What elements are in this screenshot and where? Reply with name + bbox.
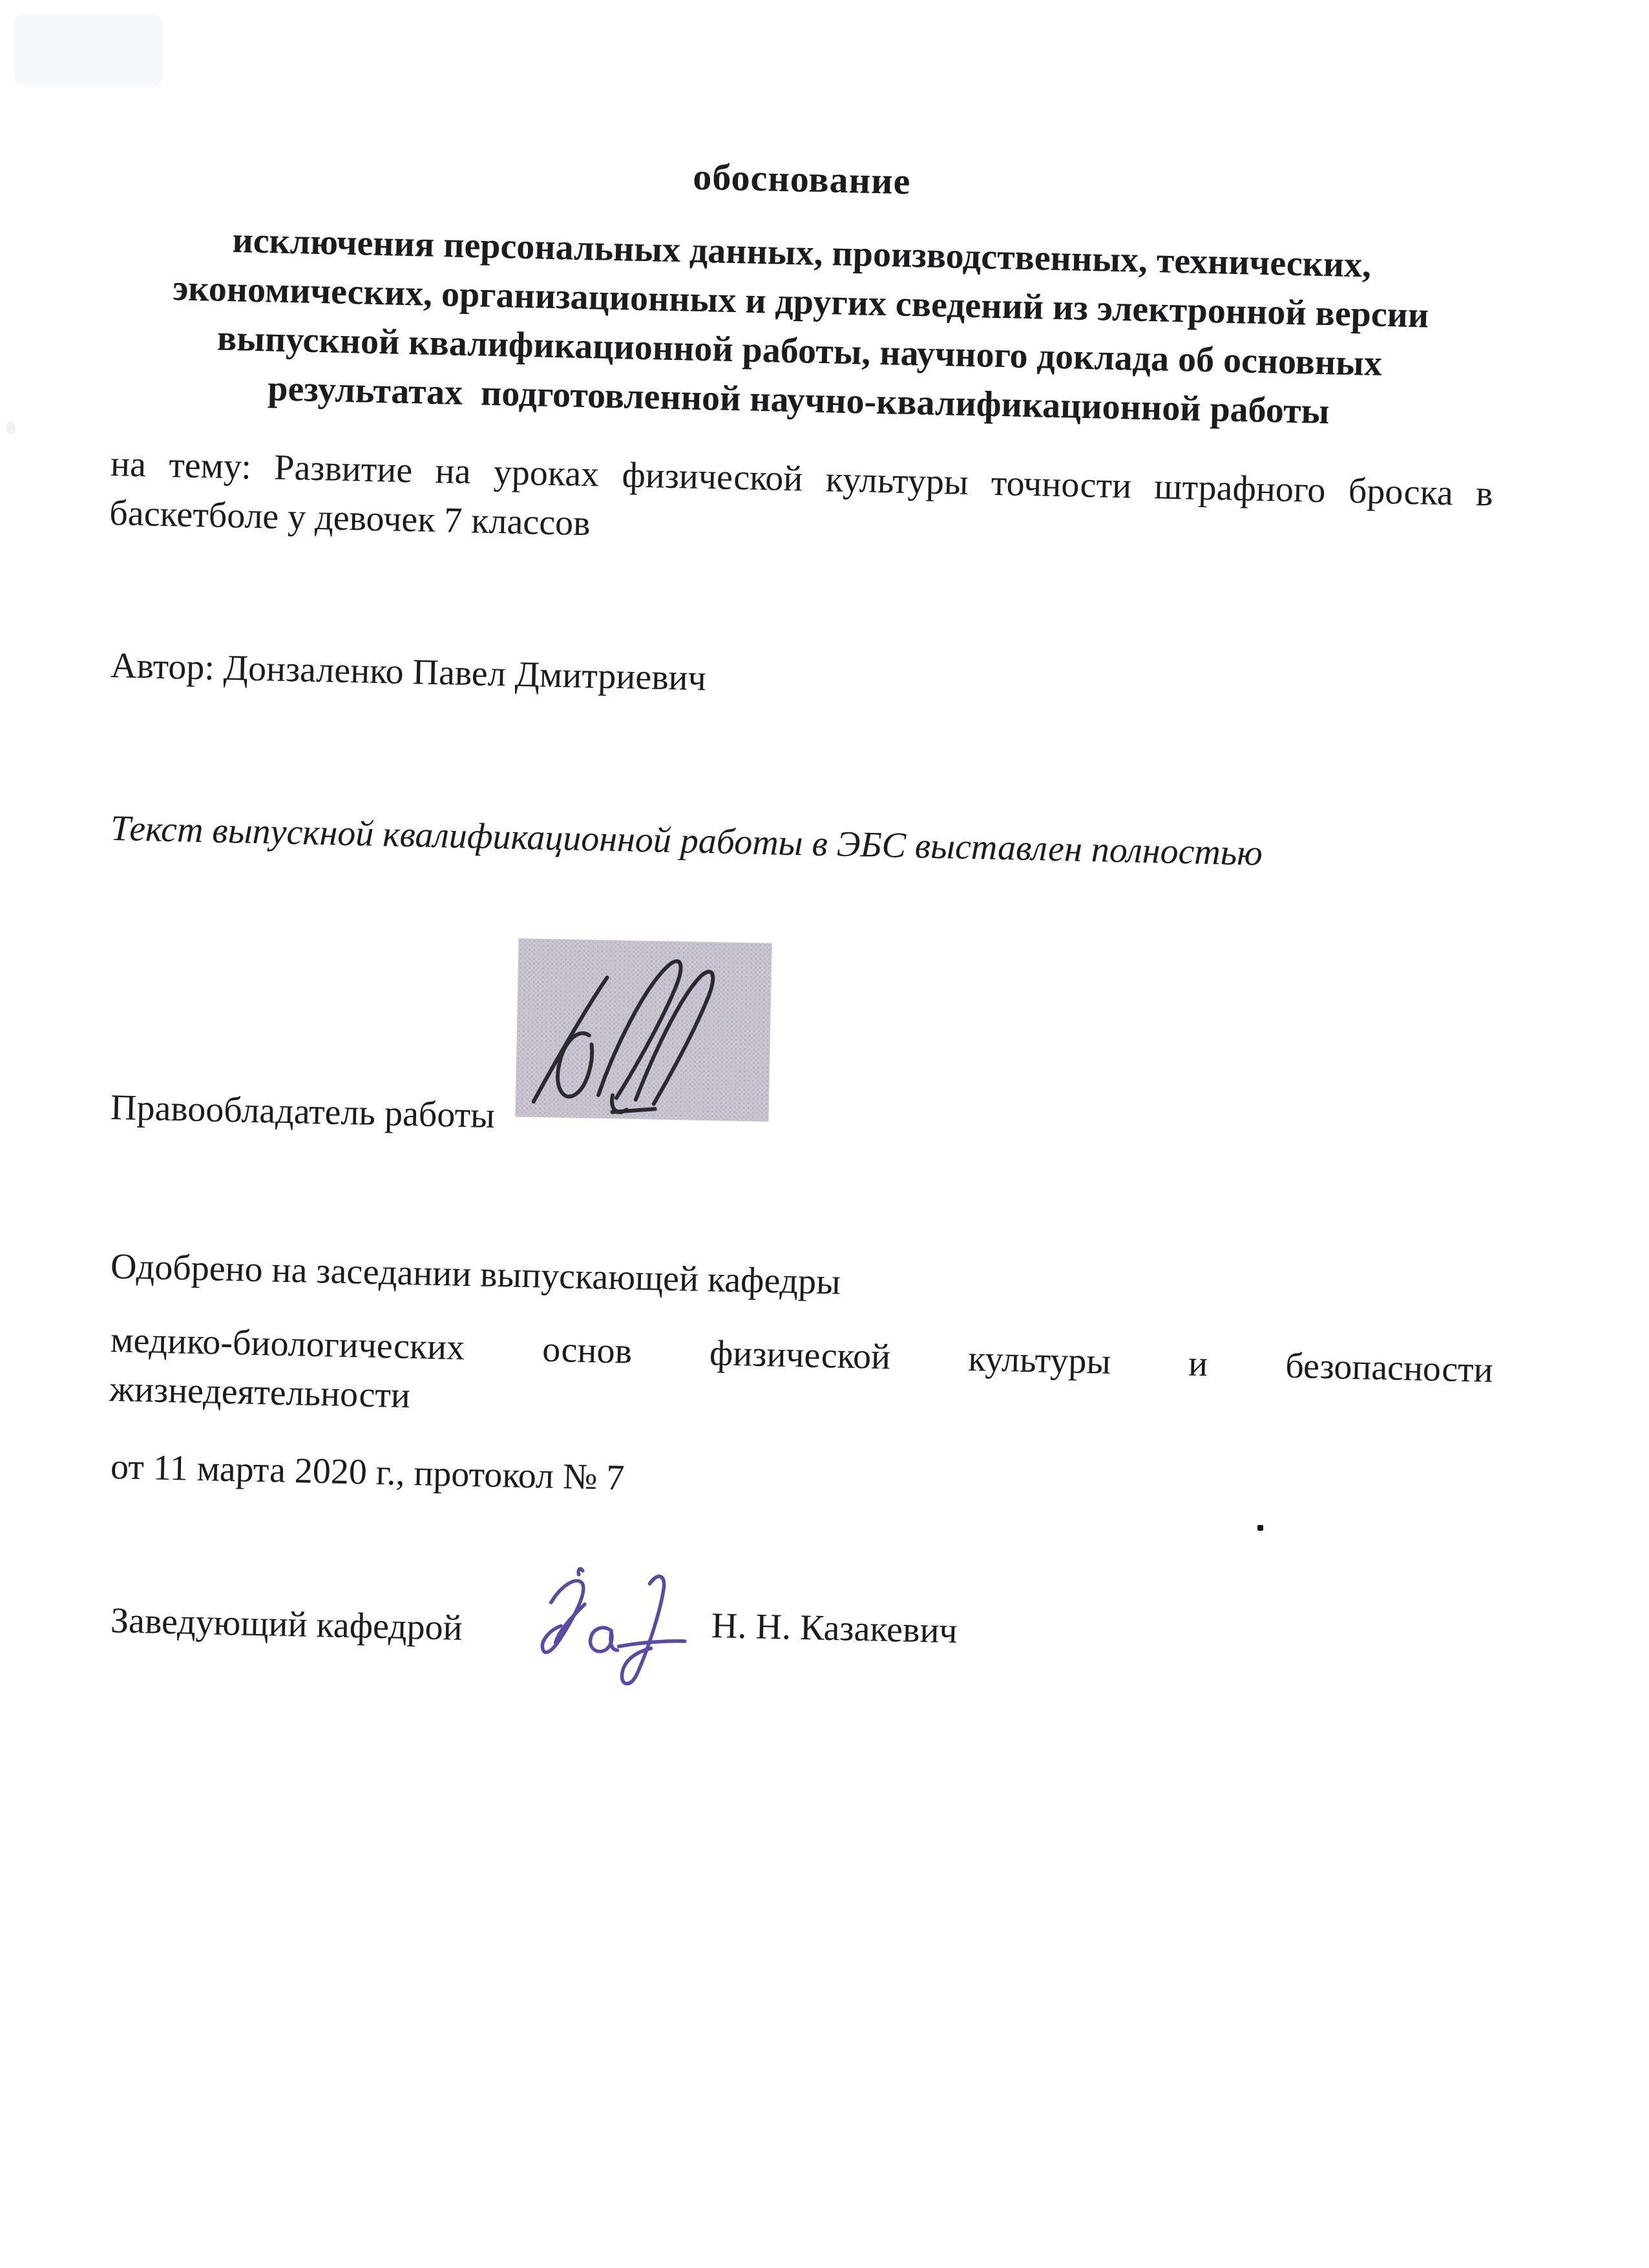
- department-name: медико-биологических основ физической ку…: [109, 1316, 1494, 1444]
- head-signature-icon: [521, 1562, 717, 1701]
- scan-smudge: [6, 421, 16, 434]
- ebs-statement: Текст выпускной квалификационной работы …: [110, 804, 1493, 883]
- department-head-label: Заведующий кафедрой: [110, 1596, 563, 1655]
- page-title: обоснование: [110, 140, 1493, 219]
- scan-speck: [1257, 1525, 1263, 1531]
- document-subtitle: исключения персональных данных, производ…: [107, 213, 1493, 440]
- scan-smudge: [14, 14, 163, 85]
- protocol-line: от 11 марта 2020 г., протокол № 7: [110, 1442, 1493, 1522]
- head-ink-signature: [521, 1562, 717, 1701]
- approved-line: Одобрено на заседании выпускающей кафедр…: [110, 1242, 1493, 1321]
- department-head-name: Н. Н. Казакевич: [711, 1601, 1164, 1660]
- author-line: Автор: Донзаленко Павел Дмитриевич: [110, 641, 1493, 720]
- scanned-document-page: обоснование исключения персональных данн…: [0, 0, 1649, 2268]
- thesis-topic: на тему: Развитие на уроках физической к…: [109, 439, 1494, 568]
